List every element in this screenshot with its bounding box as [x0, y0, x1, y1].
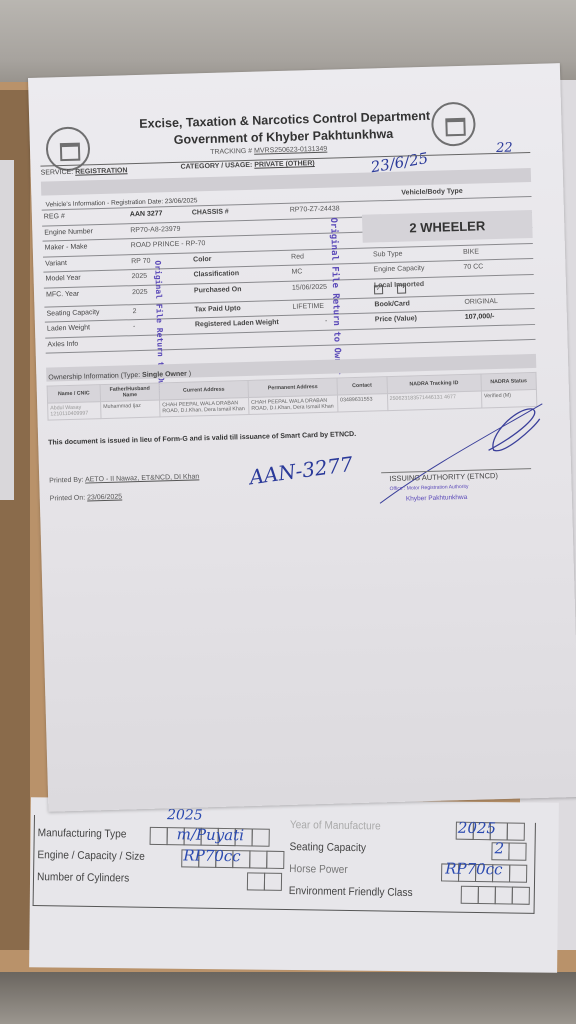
manufacturing-type-value: m/Puyati	[177, 825, 245, 844]
engine-value: RP70-A8-23979	[130, 225, 180, 233]
etncd-emblem-icon	[431, 102, 476, 147]
mfc-year-value: 2025	[132, 288, 148, 295]
ownership-type: Single Owner	[142, 371, 187, 379]
handwritten-registration: AAN-3277	[248, 452, 354, 490]
subtype-label: Sub Type	[373, 250, 403, 258]
printed-on-value: 23/06/2025	[87, 494, 122, 502]
horse-power-value: RP70cc	[445, 859, 503, 878]
seating-capacity-label: Seating Capacity	[289, 841, 366, 854]
tracking-label: TRACKING #	[210, 148, 252, 156]
laden-weight-label: Laden Weight	[47, 324, 90, 332]
tracking-number: TRACKING # MVRS250623-0131349	[210, 146, 327, 156]
year-value: 2025	[458, 819, 496, 838]
horse-power-label: Horse Power	[289, 863, 348, 876]
model-year-label: Model Year	[46, 275, 81, 283]
registered-laden-value: -	[325, 318, 328, 325]
col-contact: Contact	[337, 377, 387, 395]
purchased-on-label: Purchased On	[194, 286, 242, 294]
laden-weight-value: -	[133, 323, 136, 330]
registered-laden-label: Registered Laden Weight	[195, 319, 279, 328]
book-card-label: Book/Card	[374, 300, 410, 308]
cylinders-boxes	[247, 872, 281, 891]
subtype-value: BIKE	[463, 248, 479, 255]
origin-checkboxes: ✓Local Imported	[374, 281, 424, 289]
engine-size-label: Engine / Capacity / Size	[37, 849, 145, 863]
classification-value: MC	[291, 268, 302, 275]
maker-value: ROAD PRINCE - RP-70	[131, 240, 206, 249]
body-type-label: Vehicle/Body Type	[401, 188, 463, 197]
color-label: Color	[193, 255, 211, 263]
tax-paid-label: Tax Paid Upto	[194, 305, 240, 313]
cylinders-label: Number of Cylinders	[37, 871, 129, 884]
category-label: CATEGORY / USAGE:	[180, 162, 252, 171]
engine-size-value: RP70cc	[183, 846, 241, 865]
printed-by-value: AETO - II Nawaz, ET&NCD, DI Khan	[85, 473, 199, 483]
environment-class-label: Environment Friendly Class	[289, 885, 413, 899]
printed-by-label: Printed By:	[49, 477, 83, 485]
purchased-on-value: 15/06/2025	[292, 283, 327, 291]
tax-paid-value: LIFETIME	[292, 302, 324, 310]
engine-label: Engine Number	[44, 228, 93, 236]
manufacturing-type-label: Manufacturing Type	[38, 827, 127, 840]
seating-value: 2	[132, 308, 136, 315]
service-field: SERVICE: REGISTRATION	[41, 167, 128, 176]
government-title: Government of Khyber Pakhtunkhwa	[174, 127, 394, 147]
reg-label: REG #	[44, 213, 65, 221]
col-nadra-status: NADRA Status	[481, 372, 537, 391]
book-card-value: ORIGINAL	[464, 297, 498, 305]
engine-capacity-label: Engine Capacity	[373, 265, 424, 273]
seating-label: Seating Capacity	[46, 309, 99, 317]
owner-name-cnic: Abdul Wasay 1210110409997	[48, 402, 101, 420]
handwritten-partial-year: 2025	[167, 807, 203, 824]
model-year-value: 2025	[131, 273, 147, 280]
environment-class-boxes	[461, 886, 529, 905]
chassis-label: CHASSIS #	[192, 208, 229, 216]
price-label: Price (Value)	[375, 315, 417, 323]
category-value: PRIVATE (OTHER)	[254, 160, 315, 169]
col-father-name: Father/Husband Name	[100, 383, 159, 402]
mfc-year-label: MFC. Year	[46, 290, 79, 298]
registration-document: Excise, Taxation & Narcotics Control Dep…	[28, 63, 576, 812]
service-value: REGISTRATION	[75, 167, 128, 175]
year-label: Year of Manufacture	[290, 819, 381, 832]
imported-checkbox[interactable]	[397, 284, 406, 293]
reg-value: AAN 3277	[130, 210, 163, 218]
variant-label: Variant	[45, 259, 67, 267]
col-name-cnic: Name / CNIC	[47, 385, 100, 403]
axles-label: Axles Info	[47, 340, 78, 348]
printed-on: Printed On: 23/06/2025	[50, 494, 123, 503]
left-paper-edge	[0, 160, 14, 500]
body-type-value: 2 WHEELER	[362, 210, 533, 243]
color-value: Red	[291, 253, 304, 260]
owner-current-address: CHAH PEEPAL WALA DRABAN ROAD, D.I.Khan, …	[160, 397, 249, 416]
chassis-value: RP70-Z7-24438	[290, 205, 340, 213]
ownership-title-suffix: )	[189, 371, 192, 378]
lower-form: 2025 Manufacturing Type m/Puyati Engine …	[31, 815, 538, 918]
price-value: 107,000/-	[465, 313, 495, 321]
printed-by: Printed By: AETO - II Nawaz, ET&NCD, DI …	[49, 473, 199, 484]
ownership-title-prefix: Ownership Information (Type:	[48, 372, 140, 382]
variant-value: RP 70	[131, 257, 151, 265]
service-label: SERVICE:	[41, 169, 74, 177]
local-checkbox[interactable]: ✓	[374, 285, 383, 294]
engine-capacity-value: 70 CC	[463, 263, 483, 271]
maker-label: Maker - Make	[45, 243, 88, 251]
printed-on-label: Printed On:	[50, 495, 86, 503]
validity-notice: This document is issued in lieu of Form-…	[48, 431, 356, 447]
owner-permanent-address: CHAH PEEPAL WALA DRABAN ROAD, D.I.Khan, …	[249, 395, 338, 414]
seating-value: 2	[494, 839, 504, 857]
classification-label: Classification	[193, 270, 239, 278]
tracking-value: MVRS250623-0131349	[254, 146, 327, 155]
owner-father-name: Muhammad Ijaz	[101, 400, 160, 419]
